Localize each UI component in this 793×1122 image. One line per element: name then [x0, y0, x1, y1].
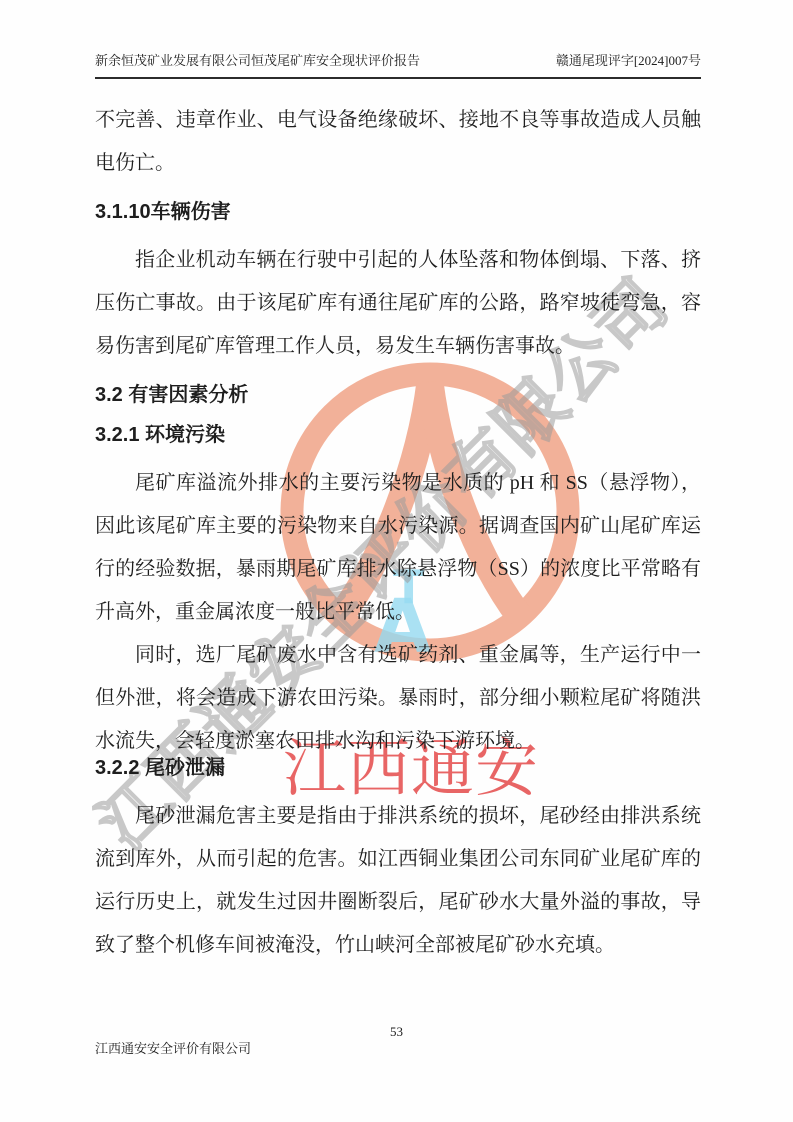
- document-body: 不完善、违章作业、电气设备绝缘破坏、接地不良等事故造成人员触电伤亡。 3.1.1…: [95, 99, 701, 967]
- header-document-number: 赣通尾现评字[2024]007号: [556, 52, 701, 70]
- section-heading-3-2-1: 3.2.1 环境污染: [95, 420, 701, 450]
- document-page: T A 江西通安全评价有限公司 江西通安 新余恒茂矿业发展有限公司恒茂尾矿库安全…: [0, 0, 793, 1122]
- section-heading-3-1-10: 3.1.10车辆伤害: [95, 197, 701, 227]
- page-header: 新余恒茂矿业发展有限公司恒茂尾矿库安全现状评价报告 赣通尾现评字[2024]00…: [95, 52, 701, 79]
- section-heading-3-2: 3.2 有害因素分析: [95, 380, 701, 410]
- paragraph: 指企业机动车辆在行驶中引起的人体坠落和物体倒塌、下落、挤压伤亡事故。由于该尾矿库…: [95, 239, 701, 368]
- paragraph: 不完善、违章作业、电气设备绝缘破坏、接地不良等事故造成人员触电伤亡。: [95, 99, 701, 185]
- paragraph: 尾矿库溢流外排水的主要污染物是水质的 pH 和 SS（悬浮物），因此该尾矿库主要…: [95, 462, 701, 634]
- paragraph: 尾砂泄漏危害主要是指由于排洪系统的损坏，尾砂经由排洪系统流到库外，从而引起的危害…: [95, 795, 701, 967]
- paragraph: 同时，选厂尾矿废水中含有选矿药剂、重金属等，生产运行中一但外泄，将会造成下游农田…: [95, 634, 701, 763]
- header-report-title: 新余恒茂矿业发展有限公司恒茂尾矿库安全现状评价报告: [95, 52, 420, 70]
- footer-company-name: 江西通安安全评价有限公司: [95, 1038, 251, 1057]
